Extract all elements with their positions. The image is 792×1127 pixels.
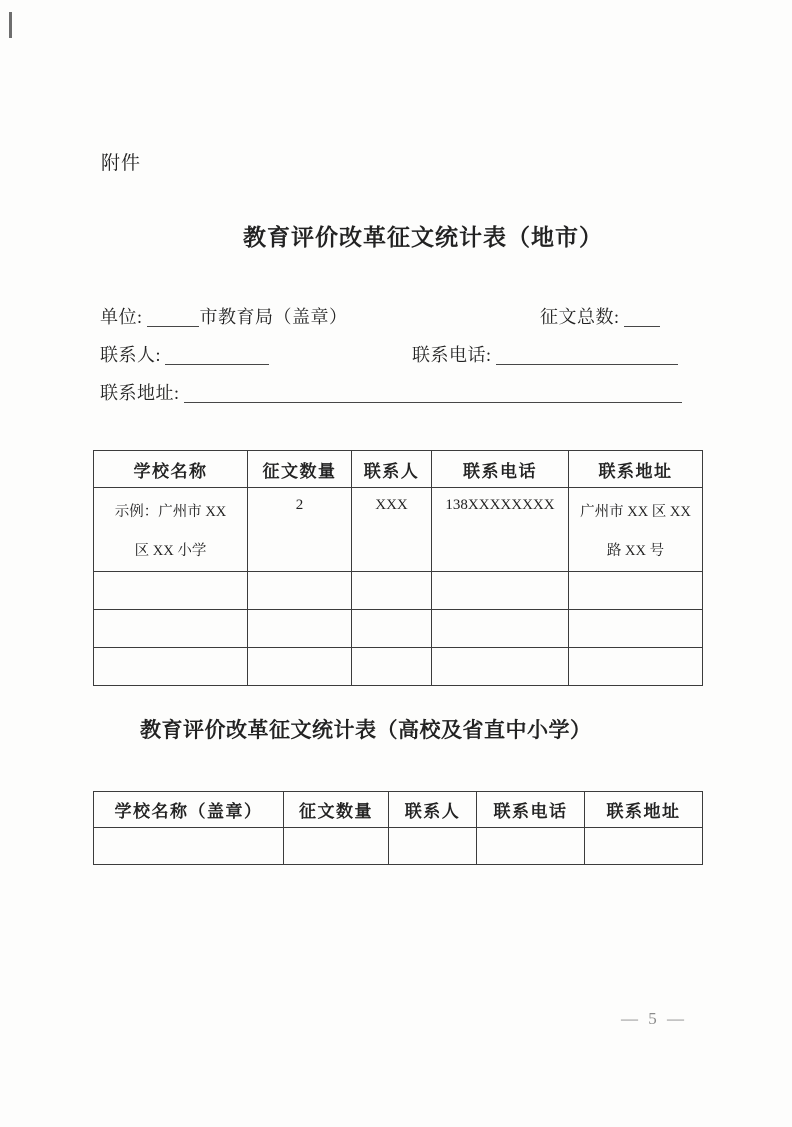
- col-header-phone: 联系电话: [477, 792, 585, 828]
- empty-cell: [389, 828, 477, 865]
- col-header-school-name: 学校名称: [94, 451, 248, 488]
- col-header-essay-count: 征文数量: [248, 451, 352, 488]
- empty-cell: [352, 610, 432, 648]
- empty-cell: [432, 572, 569, 610]
- empty-cell: [352, 648, 432, 686]
- scan-artifact: [9, 12, 12, 38]
- empty-row: [94, 572, 703, 610]
- example-address-line2: 路 XX 号: [569, 532, 702, 571]
- empty-cell: [248, 572, 352, 610]
- example-phone-cell: 138XXXXXXXX: [432, 488, 569, 572]
- col-header-address: 联系地址: [569, 451, 703, 488]
- form-line-contact: 联系人: 联系电话:: [100, 340, 702, 378]
- empty-cell: [477, 828, 585, 865]
- phone-group: 联系电话:: [412, 340, 678, 370]
- empty-cell: [585, 828, 703, 865]
- contact-blank: [165, 342, 269, 365]
- unit-suffix: 市教育局（盖章）: [200, 307, 348, 327]
- page-number: — 5 —: [621, 1009, 687, 1029]
- empty-cell: [248, 610, 352, 648]
- empty-row: [94, 648, 703, 686]
- unit-blank: [147, 304, 199, 327]
- essay-total-blank: [624, 304, 660, 327]
- section1-title: 教育评价改革征文统计表（地市）: [243, 219, 603, 252]
- col-header-contact: 联系人: [352, 451, 432, 488]
- example-address-cell: 广州市 XX 区 XX 路 XX 号: [569, 488, 703, 572]
- example-school-cell: 示例：广州市 XX 区 XX 小学: [94, 488, 248, 572]
- address-label: 联系地址:: [100, 383, 180, 403]
- empty-cell: [432, 610, 569, 648]
- col-header-school-name-seal: 学校名称（盖章）: [94, 792, 284, 828]
- empty-cell: [569, 610, 703, 648]
- empty-cell: [94, 572, 248, 610]
- col-header-contact: 联系人: [389, 792, 477, 828]
- phone-label: 联系电话:: [412, 345, 492, 365]
- empty-cell: [569, 648, 703, 686]
- example-school-line2: 区 XX 小学: [94, 532, 247, 571]
- example-count-cell: 2: [248, 488, 352, 572]
- empty-cell: [94, 828, 284, 865]
- col-header-phone: 联系电话: [432, 451, 569, 488]
- table-header-row: 学校名称（盖章） 征文数量 联系人 联系电话 联系地址: [94, 792, 703, 828]
- example-address-line1: 广州市 XX 区 XX: [569, 493, 702, 532]
- table-header-row: 学校名称 征文数量 联系人 联系电话 联系地址: [94, 451, 703, 488]
- phone-blank: [496, 342, 678, 365]
- empty-cell: [352, 572, 432, 610]
- attachment-label: 附件: [101, 148, 141, 175]
- col-header-essay-count: 征文数量: [284, 792, 389, 828]
- example-row: 示例：广州市 XX 区 XX 小学 2 XXX 138XXXXXXXX 广州市 …: [94, 488, 703, 572]
- empty-cell: [94, 648, 248, 686]
- essay-total-group: 征文总数:: [540, 302, 660, 332]
- empty-row: [94, 828, 703, 865]
- empty-cell: [284, 828, 389, 865]
- form-line-address: 联系地址:: [100, 378, 702, 416]
- empty-cell: [248, 648, 352, 686]
- university-stats-table: 学校名称（盖章） 征文数量 联系人 联系电话 联系地址: [93, 791, 703, 865]
- essay-total-label: 征文总数:: [540, 307, 620, 327]
- form-line-unit: 单位:市教育局（盖章） 征文总数:: [100, 302, 702, 340]
- empty-cell: [569, 572, 703, 610]
- address-blank: [184, 380, 682, 403]
- unit-label: 单位:: [100, 307, 143, 327]
- example-school-line1: 示例：广州市 XX: [94, 493, 247, 532]
- document-page: 附件 教育评价改革征文统计表（地市） 单位:市教育局（盖章） 征文总数: 联系人…: [0, 0, 792, 1127]
- empty-cell: [432, 648, 569, 686]
- section2-title: 教育评价改革征文统计表（高校及省直中小学）: [140, 714, 592, 744]
- col-header-address: 联系地址: [585, 792, 703, 828]
- empty-cell: [94, 610, 248, 648]
- example-contact-cell: XXX: [352, 488, 432, 572]
- empty-row: [94, 610, 703, 648]
- contact-label: 联系人:: [100, 345, 161, 365]
- contact-form: 单位:市教育局（盖章） 征文总数: 联系人: 联系电话: 联系地址:: [100, 302, 702, 416]
- city-stats-table: 学校名称 征文数量 联系人 联系电话 联系地址 示例：广州市 XX 区 XX 小…: [93, 450, 703, 686]
